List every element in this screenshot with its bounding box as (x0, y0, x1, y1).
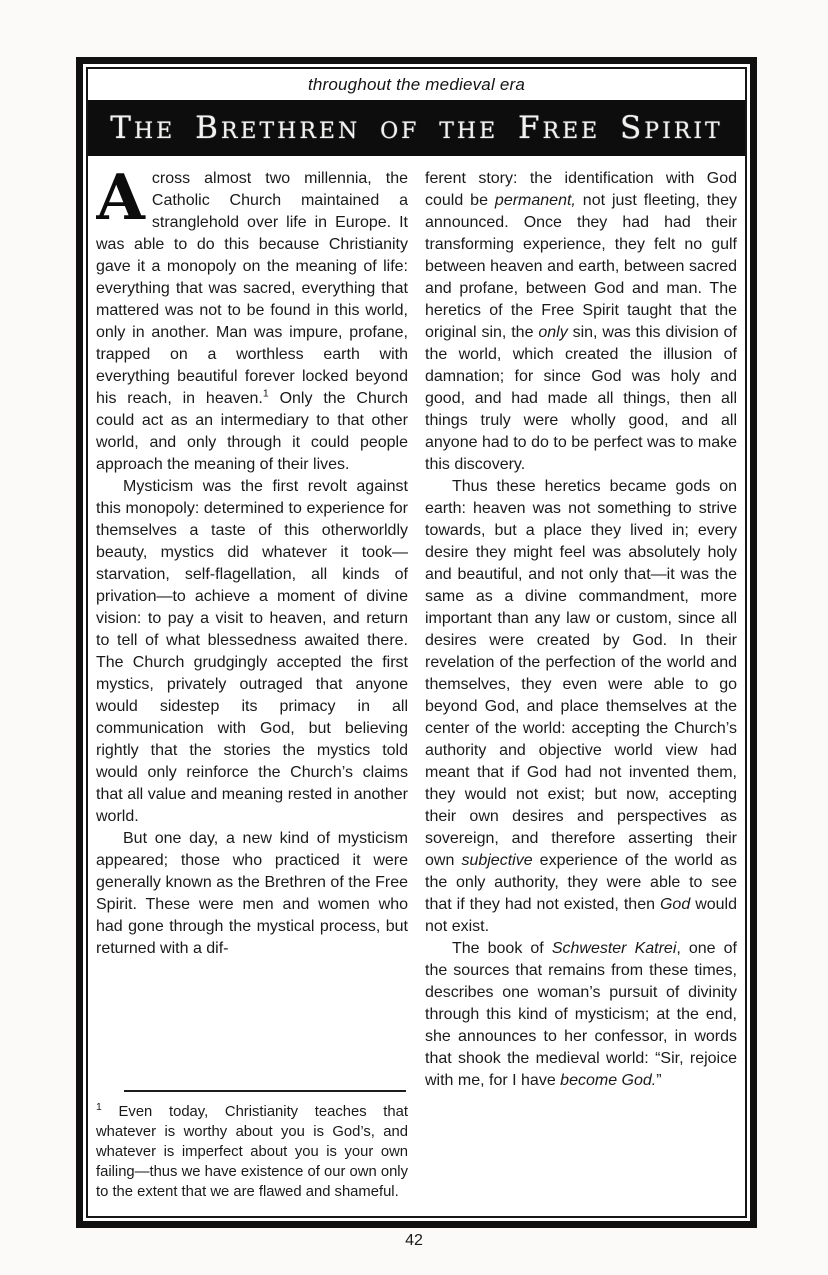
left-column: Across almost two millennia, the Catholi… (96, 168, 408, 1202)
page-number: 42 (405, 1232, 423, 1249)
dropcap-letter: A (96, 168, 152, 224)
running-header-text: throughout the medieval era (308, 75, 525, 95)
footnote-rule (124, 1090, 406, 1092)
footnote-block: 1 Even today, Christianity teaches that … (96, 1080, 408, 1202)
article-columns: Across almost two millennia, the Catholi… (88, 156, 745, 1216)
page-title: The Brethren of the Free Spirit (110, 110, 722, 146)
running-header: throughout the medieval era (88, 69, 745, 100)
scanned-page: throughout the medieval era The Brethren… (0, 0, 828, 1275)
paragraph-1: Across almost two millennia, the Catholi… (96, 168, 408, 476)
right-column: ferent story: the identification with Go… (425, 168, 737, 1202)
paragraph-4: ferent story: the identification with Go… (425, 168, 737, 476)
title-banner: The Brethren of the Free Spirit (88, 100, 745, 156)
paragraph-3: But one day, a new kind of mysticism app… (96, 828, 408, 960)
page-number-row: 42 (0, 1232, 828, 1250)
page-frame: throughout the medieval era The Brethren… (76, 57, 757, 1228)
paragraph-5: Thus these heretics became gods on earth… (425, 476, 737, 938)
page-frame-inner: throughout the medieval era The Brethren… (86, 67, 747, 1218)
paragraph-6: The book of Schwester Katrei, one of the… (425, 938, 737, 1092)
footnote-text: 1 Even today, Christianity teaches that … (96, 1102, 408, 1202)
paragraph-2: Mysticism was the first revolt against t… (96, 476, 408, 828)
